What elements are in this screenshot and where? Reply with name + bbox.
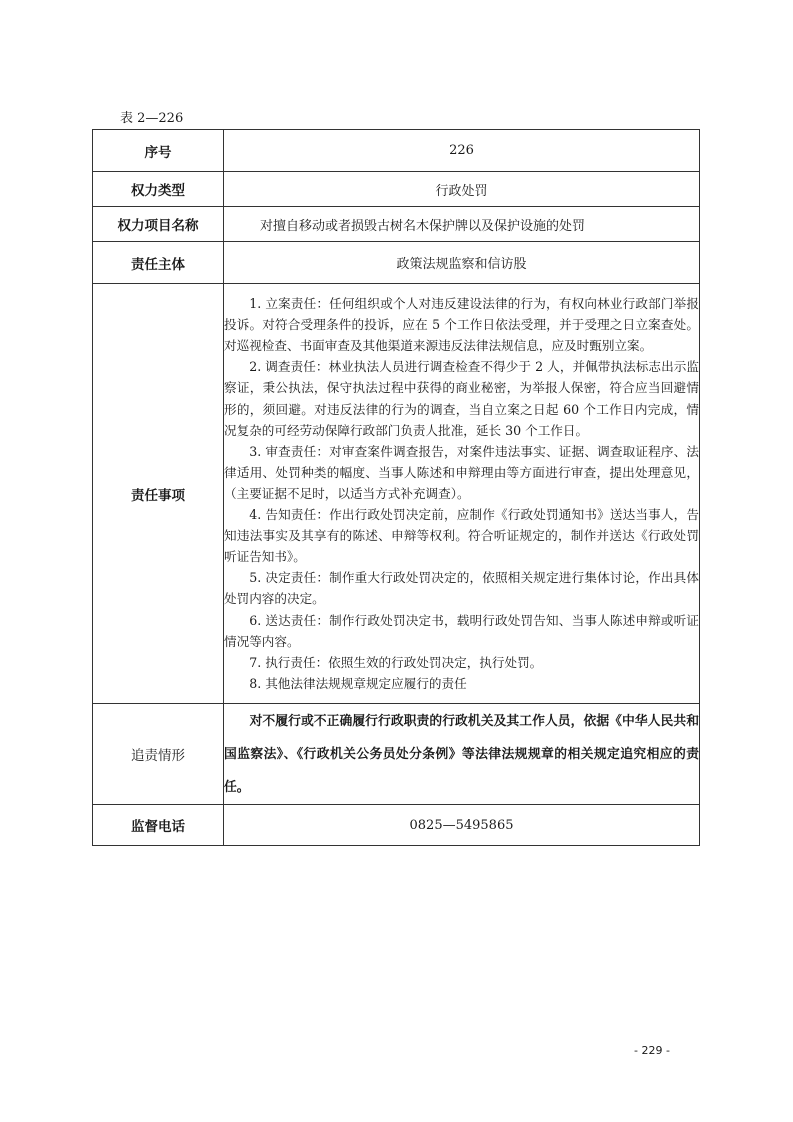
value-subject: 政策法规监察和信访股 bbox=[224, 242, 700, 284]
value-serial: 226 bbox=[224, 130, 700, 172]
label-item-name: 权力项目名称 bbox=[93, 207, 224, 242]
duty-item: 4. 告知责任：作出行政处罚决定前，应制作《行政处罚通知书》送达当事人，告知违法… bbox=[224, 504, 699, 567]
table-row-item-name: 权力项目名称 对擅自移动或者损毁古树名木保护牌以及保护设施的处罚 bbox=[93, 207, 700, 242]
table-row-serial: 序号 226 bbox=[93, 130, 700, 172]
label-subject: 责任主体 bbox=[93, 242, 224, 284]
duty-item: 6. 送达责任：制作行政处罚决定书，载明行政处罚告知、当事人陈述申辩或听证情况等… bbox=[224, 610, 699, 652]
duty-item: 8. 其他法律法规规章规定应履行的责任 bbox=[224, 673, 699, 694]
label-serial: 序号 bbox=[93, 130, 224, 172]
accountability-text: 对不履行或不正确履行行政职责的行政机关及其工作人员，依据《中华人民共和国监察法》… bbox=[224, 705, 699, 804]
duty-item: 7. 执行责任：依照生效的行政处罚决定，执行处罚。 bbox=[224, 652, 699, 673]
duty-item: 3. 审查责任：对审查案件调查报告，对案件违法事实、证据、调查取证程序、法律适用… bbox=[224, 441, 699, 504]
label-phone: 监督电话 bbox=[93, 805, 224, 846]
label-duties: 责任事项 bbox=[93, 284, 224, 704]
label-accountability: 追责情形 bbox=[93, 704, 224, 805]
duty-item: 2. 调查责任：林业执法人员进行调查检查不得少于 2 人，并佩带执法标志出示监察… bbox=[224, 356, 699, 440]
table-caption: 表 2—226 bbox=[120, 107, 183, 126]
label-power-type: 权力类型 bbox=[93, 172, 224, 207]
value-accountability: 对不履行或不正确履行行政职责的行政机关及其工作人员，依据《中华人民共和国监察法》… bbox=[224, 704, 700, 805]
duty-item: 5. 决定责任：制作重大行政处罚决定的，依照相关规定进行集体讨论，作出具体处罚内… bbox=[224, 567, 699, 609]
table-row-accountability: 追责情形 对不履行或不正确履行行政职责的行政机关及其工作人员，依据《中华人民共和… bbox=[93, 704, 700, 805]
value-phone: 0825—5495865 bbox=[224, 805, 700, 846]
table-row-phone: 监督电话 0825—5495865 bbox=[93, 805, 700, 846]
value-item-name: 对擅自移动或者损毁古树名木保护牌以及保护设施的处罚 bbox=[224, 207, 700, 242]
duty-item: 1. 立案责任：任何组织或个人对违反建设法律的行为，有权向林业行政部门举报投诉。… bbox=[224, 293, 699, 356]
table-row-subject: 责任主体 政策法规监察和信访股 bbox=[93, 242, 700, 284]
table-row-duties: 责任事项 1. 立案责任：任何组织或个人对违反建设法律的行为，有权向林业行政部门… bbox=[93, 284, 700, 704]
value-power-type: 行政处罚 bbox=[224, 172, 700, 207]
page-number: - 229 - bbox=[634, 1044, 670, 1057]
table-row-power-type: 权力类型 行政处罚 bbox=[93, 172, 700, 207]
duties-list: 1. 立案责任：任何组织或个人对违反建设法律的行为，有权向林业行政部门举报投诉。… bbox=[224, 284, 700, 704]
responsibility-table: 序号 226 权力类型 行政处罚 权力项目名称 对擅自移动或者损毁古树名木保护牌… bbox=[92, 129, 700, 846]
